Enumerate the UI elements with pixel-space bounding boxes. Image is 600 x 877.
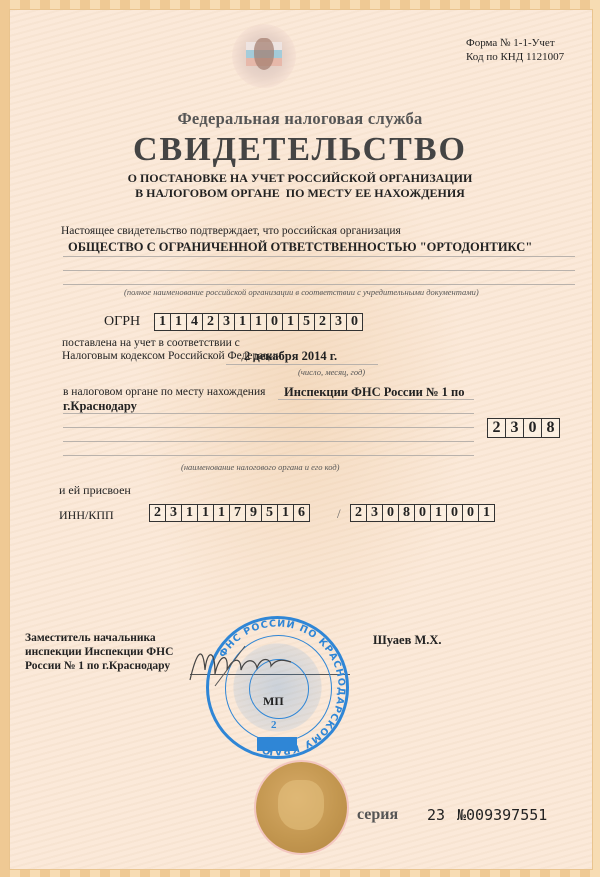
gold-seal-icon	[256, 762, 347, 853]
digit-cell: 2	[203, 314, 219, 330]
digit-cell: 4	[187, 314, 203, 330]
digit-cell: 1	[198, 505, 214, 521]
digit-cell: 0	[415, 505, 431, 521]
position-line-1: Заместитель начальника	[25, 631, 173, 645]
digit-cell: 1	[431, 505, 447, 521]
signature-icon	[185, 640, 295, 688]
series-label: серия	[357, 806, 398, 824]
inn-kpp-separator: /	[337, 506, 341, 522]
signatory-position: Заместитель начальника инспекции Инспекц…	[25, 631, 173, 673]
eagle-icon	[278, 780, 324, 830]
field-line	[278, 399, 474, 400]
digit-cell: 1	[171, 314, 187, 330]
field-line	[63, 427, 474, 428]
tax-authority-caption: (наименование налогового органа и его ко…	[181, 462, 340, 472]
ogrn-label: ОГРН	[104, 314, 140, 330]
field-line	[63, 284, 575, 285]
digit-cell: 9	[246, 505, 262, 521]
digit-cell: 0	[347, 314, 362, 330]
signatory-name: Шуаев М.Х.	[373, 633, 442, 648]
digit-cell: 2	[488, 419, 506, 437]
organization-intro: Настоящее свидетельство подтверждает, чт…	[61, 225, 401, 237]
tax-authority-label: в налоговом органе по месту нахождения	[63, 386, 265, 398]
digit-cell: 0	[447, 505, 463, 521]
tax-authority-name-2: г.Краснодару	[63, 399, 137, 414]
digit-cell: 2	[315, 314, 331, 330]
document-subtitle: О ПОСТАНОВКЕ НА УЧЕТ РОССИЙСКОЙ ОРГАНИЗА…	[0, 171, 600, 201]
hologram-emblem-icon	[232, 24, 296, 88]
position-line-2: инспекции Инспекции ФНС	[25, 645, 173, 659]
digit-cell: 8	[399, 505, 415, 521]
certificate-number: №009397551	[457, 806, 547, 824]
tax-authority-code: 2308	[487, 418, 560, 438]
digit-cell: 3	[331, 314, 347, 330]
inn-value: 2311179516	[149, 504, 310, 522]
organization-name: ОБЩЕСТВО С ОГРАНИЧЕННОЙ ОТВЕТСТВЕННОСТЬЮ…	[68, 240, 532, 255]
registration-date: 2 декабря 2014 г.	[244, 349, 337, 364]
digit-cell: 5	[299, 314, 315, 330]
field-line	[63, 455, 474, 456]
registration-text-1: поставлена на учет в соответствии с	[62, 337, 240, 349]
digit-cell: 5	[262, 505, 278, 521]
kpp-value: 230801001	[350, 504, 495, 522]
subtitle-line-2: В НАЛОГОВОМ ОРГАНЕ ПО МЕСТУ ЕЕ НАХОЖДЕНИ…	[0, 186, 600, 201]
digit-cell: 3	[219, 314, 235, 330]
digit-cell: 6	[294, 505, 309, 521]
digit-cell: 2	[150, 505, 166, 521]
field-line	[63, 270, 575, 271]
eagle-icon	[254, 38, 274, 70]
field-line	[63, 256, 575, 257]
field-line	[226, 364, 378, 365]
digit-cell: 8	[542, 419, 559, 437]
assigned-label: и ей присвоен	[59, 483, 131, 498]
position-line-3: России № 1 по г.Краснодару	[25, 659, 173, 673]
digit-cell: 1	[283, 314, 299, 330]
form-info: Форма № 1-1-Учет Код по КНД 1121007	[466, 36, 564, 64]
digit-cell: 3	[367, 505, 383, 521]
digit-cell: 1	[278, 505, 294, 521]
document-title: СВИДЕТЕЛЬСТВО	[0, 131, 600, 169]
series-value: 23	[427, 806, 445, 824]
inn-kpp-label: ИНН/КПП	[59, 508, 114, 523]
digit-cell: 0	[267, 314, 283, 330]
organization-caption: (полное наименование российской организа…	[124, 287, 479, 297]
ogrn-value: 1142311015230	[154, 313, 363, 331]
agency-name: Федеральная налоговая служба	[0, 109, 600, 129]
digit-cell: 1	[214, 505, 230, 521]
tax-authority-name-1: Инспекции ФНС России № 1 по	[284, 385, 464, 400]
digit-cell: 0	[463, 505, 479, 521]
subtitle-line-1: О ПОСТАНОВКЕ НА УЧЕТ РОССИЙСКОЙ ОРГАНИЗА…	[0, 171, 600, 186]
digit-cell: 1	[251, 314, 267, 330]
stamp-mark: МП	[263, 694, 284, 709]
digit-cell: 1	[155, 314, 171, 330]
knd-code: Код по КНД 1121007	[466, 50, 564, 64]
form-number: Форма № 1-1-Учет	[466, 36, 564, 50]
field-line	[63, 413, 474, 414]
digit-cell: 0	[524, 419, 542, 437]
digit-cell: 7	[230, 505, 246, 521]
digit-cell: 1	[235, 314, 251, 330]
digit-cell: 3	[166, 505, 182, 521]
digit-cell: 1	[182, 505, 198, 521]
digit-cell: 3	[506, 419, 524, 437]
digit-cell: 2	[351, 505, 367, 521]
digit-cell: 0	[383, 505, 399, 521]
field-line	[63, 441, 474, 442]
date-caption: (число, месяц, год)	[298, 367, 365, 377]
digit-cell: 1	[479, 505, 494, 521]
